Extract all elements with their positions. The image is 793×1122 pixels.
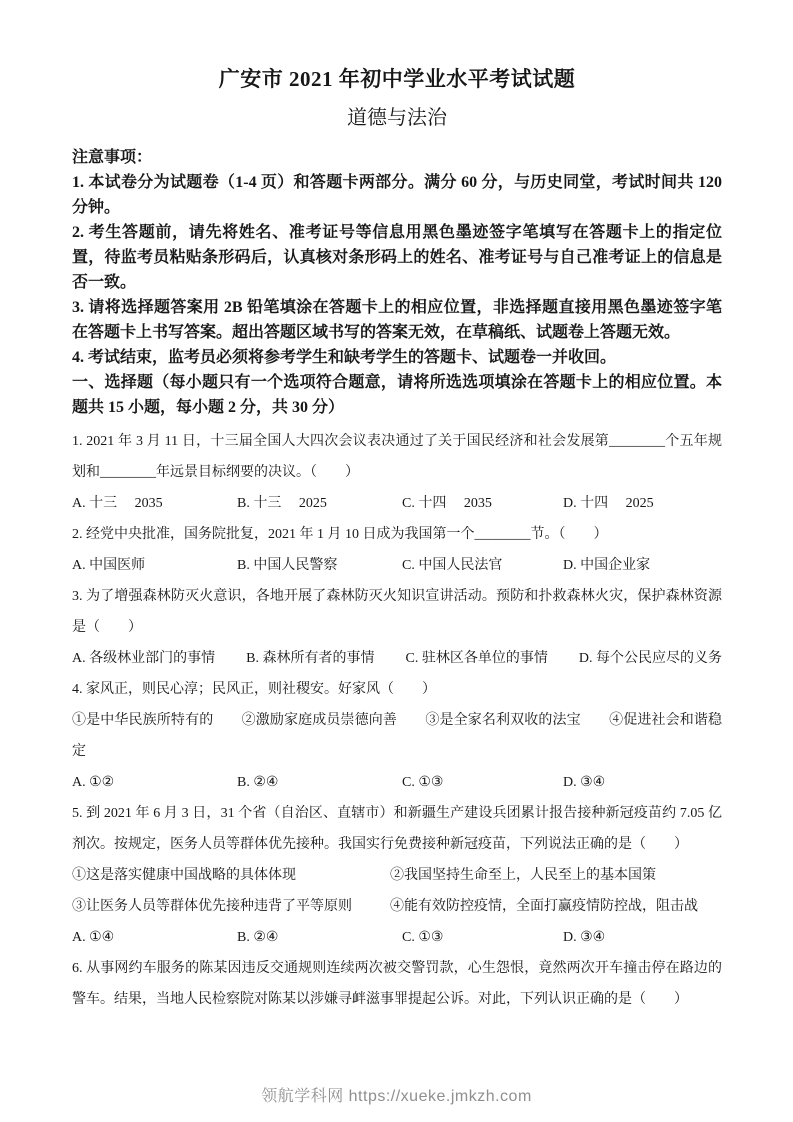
option-item: B. 十三 2025 (237, 488, 402, 519)
options-row: A. ①② B. ②④ C. ①③ D. ③④ (72, 767, 722, 798)
option-item: A. ①④ (72, 922, 237, 953)
question-2: 2. 经党中央批准，国务院批复，2021 年 1 月 10 日成为我国第一个__… (72, 519, 722, 581)
statement-cell: ③让医务人员等群体优先接种违背了平等原则 (72, 891, 390, 922)
options-row: A. 各级林业部门的事情 B. 森林所有者的事情 C. 驻林区各单位的事情 D.… (72, 643, 722, 674)
notice-item-2: 2. 考生答题前，请先将姓名、准考证号等信息用黑色墨迹签字笔填写在答题卡上的指定… (72, 220, 722, 295)
questions-area: 1. 2021 年 3 月 11 日，十三届全国人大四次会议表决通过了关于国民经… (72, 426, 722, 1015)
option-item: B. 中国人民警察 (237, 550, 402, 581)
question-stem: 6. 从事网约车服务的陈某因违反交通规则连续两次被交警罚款，心生怨恨，竟然两次开… (72, 953, 722, 1015)
option-item: B. ②④ (237, 922, 402, 953)
question-stem: 1. 2021 年 3 月 11 日，十三届全国人大四次会议表决通过了关于国民经… (72, 426, 722, 488)
option-item: C. ①③ (402, 922, 563, 953)
option-item: D. 每个公民应尽的义务 (579, 643, 722, 674)
statement-cell: ④能有效防控疫情，全面打赢疫情防控战，阻击战 (390, 891, 722, 922)
page-title: 广安市 2021 年初中学业水平考试试题 (72, 64, 722, 94)
option-item: A. 中国医师 (72, 550, 237, 581)
statement-cell: ②我国坚持生命至上，人民至上的基本国策 (390, 860, 722, 891)
page-subtitle: 道德与法治 (72, 103, 722, 133)
option-item: D. ③④ (563, 922, 722, 953)
exam-paper-page: 广安市 2021 年初中学业水平考试试题 道德与法治 注意事项： 1. 本试卷分… (0, 0, 793, 1122)
options-row: A. 十三 2035 B. 十三 2025 C. 十四 2035 D. 十四 2… (72, 488, 722, 519)
question-4: 4. 家风正，则民心淳；民风正，则社稷安。好家风（ ） ①是中华民族所特有的 ②… (72, 674, 722, 798)
notices-section: 注意事项： 1. 本试卷分为试题卷（1-4 页）和答题卡两部分。满分 60 分，… (72, 145, 722, 370)
option-item: A. 各级林业部门的事情 (72, 643, 215, 674)
notices-heading: 注意事项： (72, 145, 722, 170)
notice-item-4: 4. 考试结束，监考员必须将参考学生和缺考学生的答题卡、试题卷一并收回。 (72, 345, 722, 370)
statements-row: ③让医务人员等群体优先接种违背了平等原则 ④能有效防控疫情，全面打赢疫情防控战，… (72, 891, 722, 922)
options-row: A. 中国医师 B. 中国人民警察 C. 中国人民法官 D. 中国企业家 (72, 550, 722, 581)
option-item: B. ②④ (237, 767, 402, 798)
question-stem: 4. 家风正，则民心淳；民风正，则社稷安。好家风（ ） (72, 674, 722, 705)
option-item: C. 驻林区各单位的事情 (406, 643, 548, 674)
option-item: C. 十四 2035 (402, 488, 563, 519)
question-stem: 2. 经党中央批准，国务院批复，2021 年 1 月 10 日成为我国第一个__… (72, 519, 722, 550)
question-6: 6. 从事网约车服务的陈某因违反交通规则连续两次被交警罚款，心生怨恨，竟然两次开… (72, 953, 722, 1015)
option-item: D. 中国企业家 (563, 550, 722, 581)
option-item: A. ①② (72, 767, 237, 798)
watermark-text: 领航学科网 https://xueke.jmkzh.com (0, 1083, 793, 1106)
question-5: 5. 到 2021 年 6 月 3 日，31 个省（自治区、直辖市）和新疆生产建… (72, 798, 722, 953)
question-3: 3. 为了增强森林防灭火意识，各地开展了森林防灭火知识宣讲活动。预防和扑救森林火… (72, 581, 722, 674)
statement-cell: ①这是落实健康中国战略的具体体现 (72, 860, 390, 891)
question-stem: 5. 到 2021 年 6 月 3 日，31 个省（自治区、直辖市）和新疆生产建… (72, 798, 722, 860)
statements-row: ①这是落实健康中国战略的具体体现 ②我国坚持生命至上，人民至上的基本国策 (72, 860, 722, 891)
option-item: D. ③④ (563, 767, 722, 798)
option-item: C. 中国人民法官 (402, 550, 563, 581)
question-statements: ①是中华民族所特有的 ②激励家庭成员崇德向善 ③是全家名利双收的法宝 ④促进社会… (72, 705, 722, 767)
notice-item-3: 3. 请将选择题答案用 2B 铅笔填涂在答题卡上的相应位置，非选择题直接用黑色墨… (72, 295, 722, 345)
question-stem: 3. 为了增强森林防灭火意识，各地开展了森林防灭火知识宣讲活动。预防和扑救森林火… (72, 581, 722, 643)
option-item: B. 森林所有者的事情 (246, 643, 374, 674)
option-item: C. ①③ (402, 767, 563, 798)
section-heading: 一、选择题（每小题只有一个选项符合题意，请将所选选项填涂在答题卡上的相应位置。本… (72, 370, 722, 420)
question-1: 1. 2021 年 3 月 11 日，十三届全国人大四次会议表决通过了关于国民经… (72, 426, 722, 519)
option-item: A. 十三 2035 (72, 488, 237, 519)
options-row: A. ①④ B. ②④ C. ①③ D. ③④ (72, 922, 722, 953)
notice-item-1: 1. 本试卷分为试题卷（1-4 页）和答题卡两部分。满分 60 分，与历史同堂，… (72, 170, 722, 220)
option-item: D. 十四 2025 (563, 488, 722, 519)
